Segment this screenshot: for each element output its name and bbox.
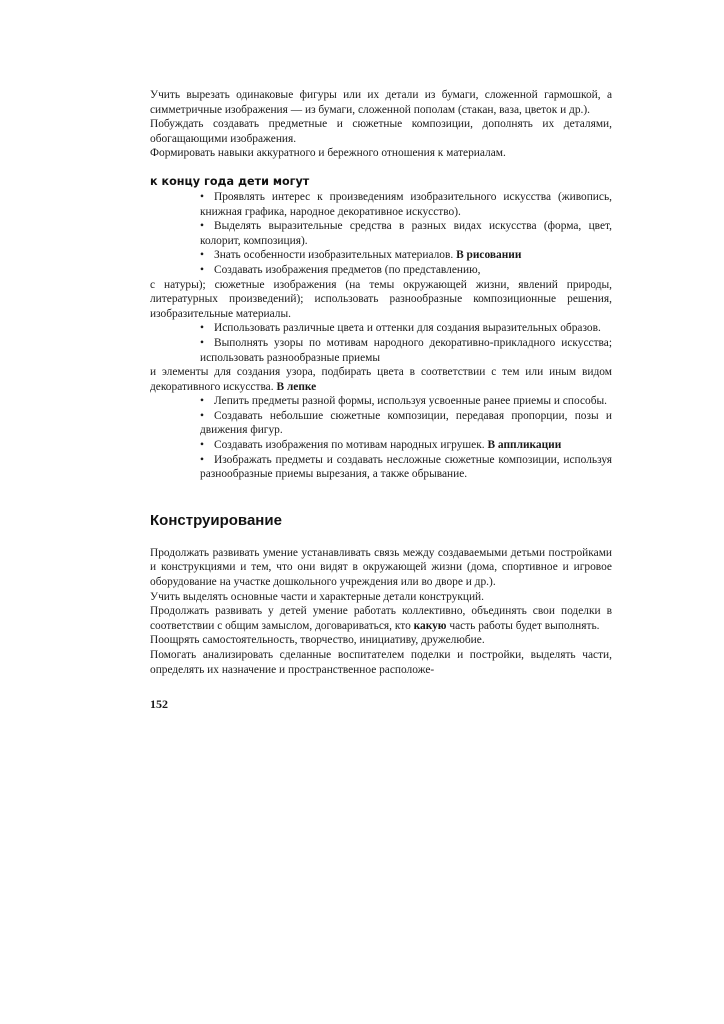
outcome-item-1: •Проявлять интерес к произведениям изобр… — [200, 190, 612, 219]
bullet-icon: • — [200, 321, 214, 336]
outcome-item-6-continuation: и элементы для создания узора, подбирать… — [150, 365, 612, 394]
document-page: Учить вырезать одинаковые фигуры или их … — [150, 88, 612, 712]
section-paragraph-2: Учить выделять основные части и характер… — [150, 590, 612, 605]
bullet-icon: • — [200, 336, 214, 351]
section-paragraph-3: Продолжать развивать у детей умение рабо… — [150, 604, 612, 633]
section-paragraph-1: Продолжать развивать умение устанавливат… — [150, 546, 612, 590]
subsection-label-modeling: В лепке — [276, 381, 316, 393]
outcome-item-4: •Создавать изображения предметов (по пре… — [200, 263, 612, 278]
outcome-item-10: •Изображать предметы и создавать несложн… — [200, 453, 612, 482]
intro-paragraph-2: Побуждать создавать предметные и сюжетны… — [150, 117, 612, 146]
intro-paragraph-3: Формировать навыки аккуратного и бережно… — [150, 146, 612, 161]
section-paragraph-4: Поощрять самостоятельность, творчество, … — [150, 633, 612, 648]
intro-paragraph-1: Учить вырезать одинаковые фигуры или их … — [150, 88, 612, 117]
page-number: 152 — [150, 697, 612, 712]
subsection-label-applique: В аппликации — [487, 439, 561, 451]
bullet-icon: • — [200, 438, 214, 453]
bullet-icon: • — [200, 409, 214, 424]
outcome-item-9: •Создавать изображения по мотивам народн… — [200, 438, 612, 453]
subsection-label-drawing: В рисовании — [456, 249, 521, 261]
section-paragraph-5: Помогать анализировать сделанные воспита… — [150, 648, 612, 677]
outcome-item-3: •Знать особенности изобразительных матер… — [200, 248, 612, 263]
outcome-item-4-continuation: с натуры); сюжетные изображения (на темы… — [150, 278, 612, 322]
outcome-item-5: •Использовать различные цвета и оттенки … — [200, 321, 612, 336]
section-title: Конструирование — [150, 512, 612, 530]
bullet-icon: • — [200, 453, 214, 468]
bullet-icon: • — [200, 248, 214, 263]
bullet-icon: • — [200, 263, 214, 278]
outcome-item-2: •Выделять выразительные средства в разны… — [200, 219, 612, 248]
outcome-item-6: •Выполнять узоры по мотивам народного де… — [200, 336, 612, 365]
outcomes-heading: к концу года дети могут — [150, 175, 612, 189]
bullet-icon: • — [200, 190, 214, 205]
bullet-icon: • — [200, 219, 214, 234]
outcome-item-8: •Создавать небольшие сюжетные композиции… — [200, 409, 612, 438]
bullet-icon: • — [200, 394, 214, 409]
outcome-item-7: •Лепить предметы разной формы, используя… — [200, 394, 612, 409]
